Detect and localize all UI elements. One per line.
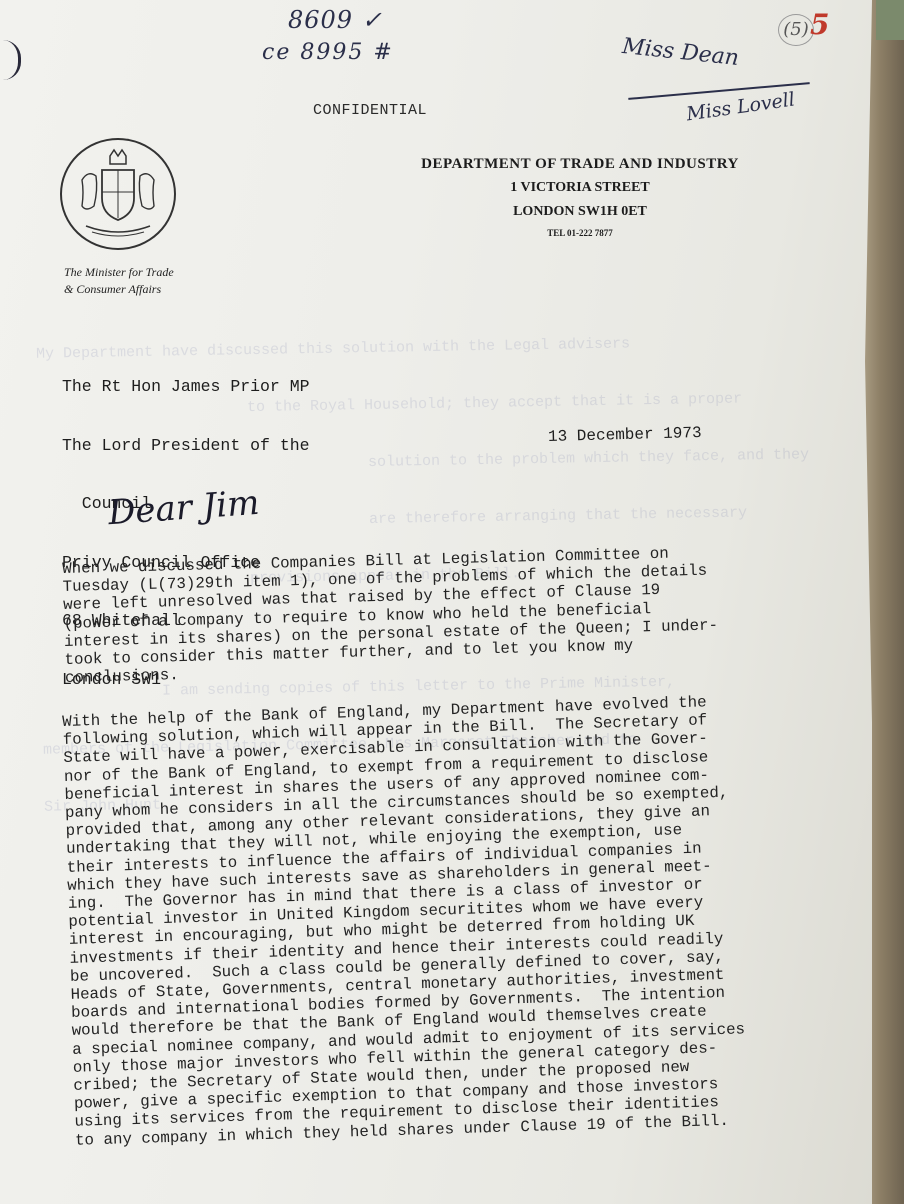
- telephone: TEL 01-222 7877: [400, 228, 760, 238]
- paragraph-2: With the help of the Bank of England, my…: [62, 688, 895, 1150]
- handwritten-reference-1: 8609 ✓: [288, 6, 383, 34]
- handwritten-recipient-1: Miss Dean: [621, 34, 740, 71]
- city-postcode: LONDON SW1H 0ET: [400, 200, 760, 224]
- letterhead: DEPARTMENT OF TRADE AND INDUSTRY 1 VICTO…: [400, 152, 760, 238]
- paragraph-1: When we discussed the Companies Bill at …: [62, 539, 885, 687]
- addressee-line: The Rt Hon James Prior MP: [62, 377, 310, 397]
- folder-tab: [876, 0, 904, 40]
- sender-title: The Minister for Trade & Consumer Affair…: [64, 264, 174, 298]
- letter-body: When we discussed the Companies Bill at …: [62, 560, 882, 1150]
- royal-crest-icon: [60, 138, 176, 250]
- handwritten-recipient-2: Miss Lovell: [685, 89, 796, 126]
- folio-number: (5): [778, 14, 814, 46]
- sender-title-line: The Minister for Trade: [64, 264, 174, 281]
- red-folio-number: 5: [810, 8, 829, 41]
- addressee-line: The Lord President of the: [62, 436, 310, 456]
- street-address: 1 VICTORIA STREET: [400, 176, 760, 200]
- letter-page: 8609 ✓ ce 8995 # Miss Dean Miss Lovell (…: [0, 0, 872, 1204]
- sender-title-line: & Consumer Affairs: [64, 281, 174, 298]
- classification-marking: CONFIDENTIAL: [313, 102, 427, 119]
- handwritten-reference-2: ce 8995 #: [262, 40, 394, 65]
- binding-tag: [0, 40, 21, 80]
- department-name: DEPARTMENT OF TRADE AND INDUSTRY: [400, 152, 760, 176]
